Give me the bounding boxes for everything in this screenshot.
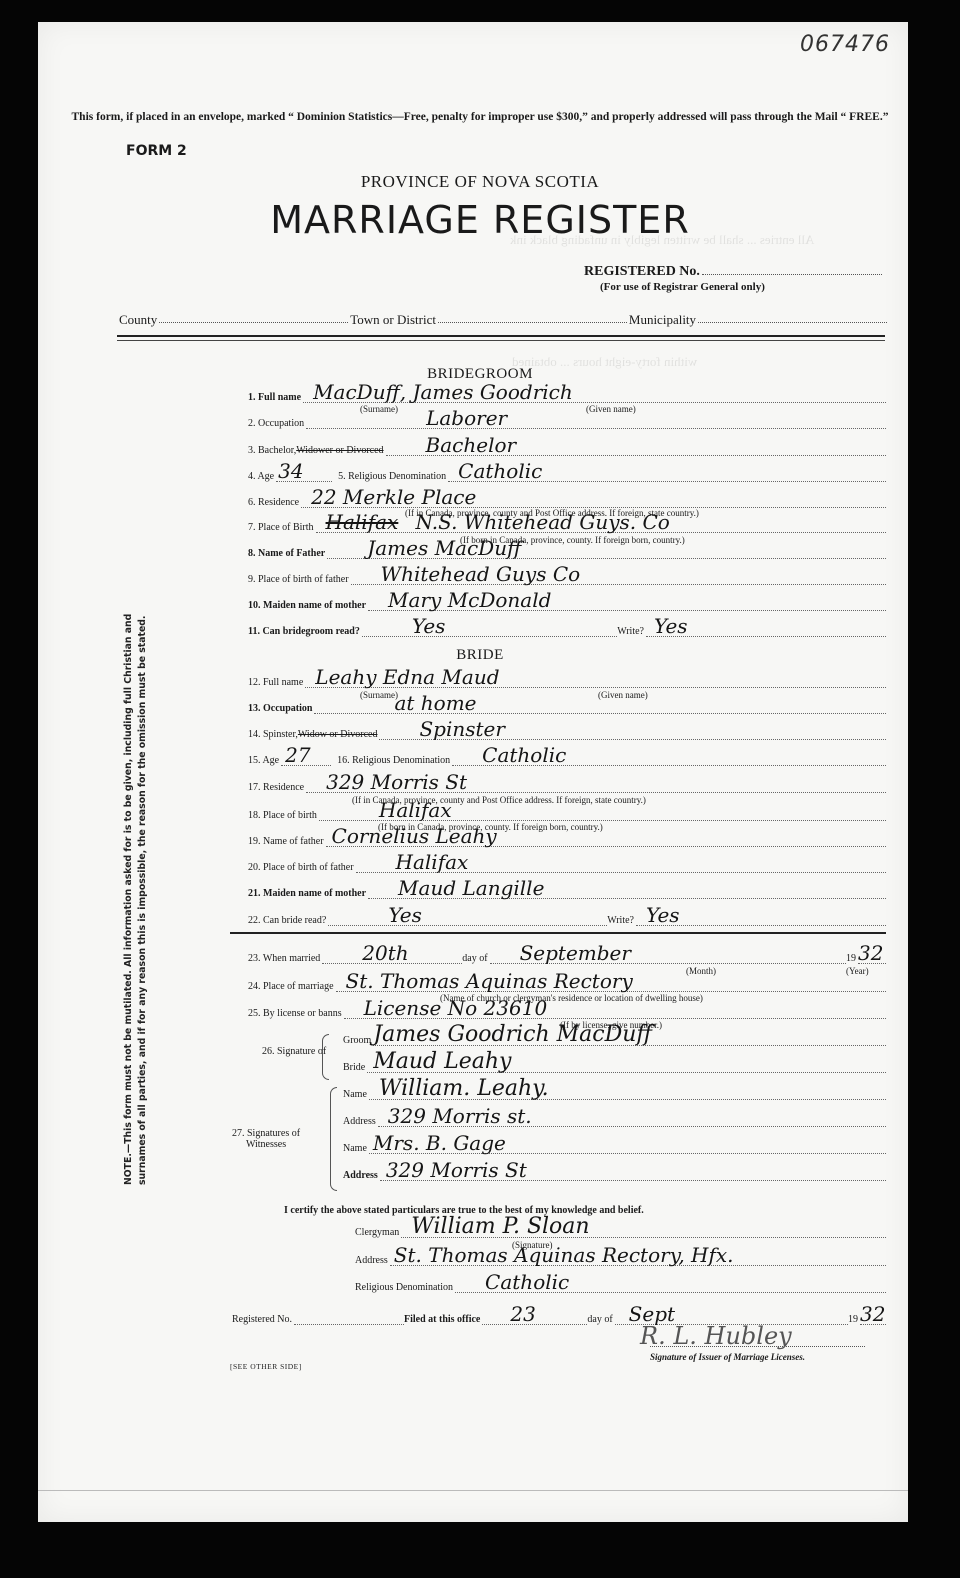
struck-option: Widow or Divorced bbox=[298, 729, 378, 740]
field-value: Catholic bbox=[482, 743, 566, 767]
field-value: 27 bbox=[285, 743, 310, 767]
groom-signature-field[interactable]: James Goodrich MacDuff bbox=[373, 1033, 886, 1046]
town-field[interactable] bbox=[438, 312, 627, 323]
field-label: 1. Full name bbox=[248, 392, 301, 403]
witnesses-label-line2: Witnesses bbox=[232, 1139, 300, 1150]
groom-marital-status-row: 3. Bachelor, Widower or Divorced Bachelo… bbox=[248, 440, 886, 456]
field-value: Catholic bbox=[458, 459, 542, 483]
groom-occupation-row: 2. Occupation Laborer bbox=[248, 413, 886, 429]
witness-2-name-field[interactable]: Mrs. B. Gage bbox=[369, 1141, 886, 1154]
divider bbox=[230, 932, 886, 934]
field-label: Name bbox=[343, 1089, 367, 1100]
town-label: Town or District bbox=[350, 312, 436, 328]
field-label: 7. Place of Birth bbox=[248, 522, 314, 533]
bride-birthplace-row: 18. Place of birth Halifax bbox=[248, 805, 886, 821]
witnesses-label-line1: 27. Signatures of bbox=[232, 1128, 300, 1139]
field-value: 32 bbox=[860, 1302, 885, 1326]
province-heading: PROVINCE OF NOVA SCOTIA bbox=[0, 172, 960, 192]
clergyman-denomination-field[interactable]: Catholic bbox=[455, 1280, 886, 1293]
field-label: 19. Name of father bbox=[248, 836, 324, 847]
marriage-day-field[interactable]: 20th bbox=[322, 951, 462, 964]
license-field[interactable]: License No 23610 bbox=[344, 1006, 886, 1019]
registered-number-field: REGISTERED No. bbox=[584, 264, 884, 280]
municipality-label: Municipality bbox=[629, 312, 696, 328]
witness-1-address-field[interactable]: 329 Morris st. bbox=[378, 1114, 886, 1127]
field-label: Religious Denomination bbox=[355, 1282, 453, 1293]
field-label: Address bbox=[343, 1170, 378, 1181]
field-value: Cornelius Leahy bbox=[332, 824, 497, 848]
field-value: 20th bbox=[362, 941, 408, 965]
field-value: at home bbox=[394, 691, 476, 715]
field-value: Spinster bbox=[419, 717, 504, 741]
field-label: 23. When married bbox=[248, 953, 320, 964]
groom-birthplace-row: 7. Place of Birth Halifax N.S. Whitehead… bbox=[248, 517, 886, 533]
field-label: Registered No. bbox=[232, 1314, 292, 1325]
clergyman-address-row: Address St. Thomas Aquinas Rectory, Hfx. bbox=[355, 1250, 886, 1266]
bride-read-field[interactable]: Yes bbox=[328, 913, 607, 926]
bride-residence-field[interactable]: 329 Morris St bbox=[306, 780, 886, 793]
groom-full-name-field[interactable]: MacDuff, James Goodrich bbox=[303, 390, 886, 403]
filed-day-field[interactable]: 23 bbox=[482, 1312, 587, 1325]
divider bbox=[117, 335, 885, 337]
bride-marital-status-field[interactable]: Spinster bbox=[379, 727, 886, 740]
field-value: William P. Sloan bbox=[411, 1214, 589, 1239]
field-value: 23 bbox=[510, 1302, 535, 1326]
month-hint: (Month) bbox=[686, 966, 716, 976]
field-label: 8. Name of Father bbox=[248, 548, 325, 559]
field-label: Groom bbox=[343, 1035, 371, 1046]
bride-heading: BRIDE bbox=[0, 647, 960, 664]
field-label: 12. Full name bbox=[248, 677, 303, 688]
county-label: County bbox=[119, 312, 157, 328]
year-prefix: 19 bbox=[846, 953, 856, 964]
witness-1-name-field[interactable]: William. Leahy. bbox=[369, 1087, 886, 1100]
field-value: Bachelor bbox=[426, 433, 517, 457]
groom-mother-field[interactable]: Mary McDonald bbox=[368, 598, 886, 611]
bride-literacy-row: 22. Can bride read? Yes Write? Yes bbox=[248, 910, 886, 926]
bride-father-row: 19. Name of father Cornelius Leahy bbox=[248, 831, 886, 847]
bride-father-field[interactable]: Cornelius Leahy bbox=[326, 834, 886, 847]
groom-father-birthplace-row: 9. Place of birth of father Whitehead Gu… bbox=[248, 569, 886, 585]
marriage-month-field[interactable]: September bbox=[490, 951, 846, 964]
field-label: 9. Place of birth of father bbox=[248, 574, 349, 585]
field-label: day of bbox=[587, 1314, 612, 1325]
field-value: Yes bbox=[654, 614, 688, 638]
field-value: St. Thomas Aquinas Rectory bbox=[346, 969, 633, 993]
field-label: 17. Residence bbox=[248, 782, 304, 793]
issuer-signature: R. L. Hubley bbox=[640, 1322, 792, 1350]
signatures-label: 26. Signature of bbox=[262, 1046, 326, 1057]
field-label: 21. Maiden name of mother bbox=[248, 888, 366, 899]
field-label: Name bbox=[343, 1143, 367, 1154]
page-title: MARRIAGE REGISTER bbox=[0, 198, 960, 242]
groom-mother-row: 10. Maiden name of mother Mary McDonald bbox=[248, 595, 886, 611]
field-value: License No 23610 bbox=[364, 996, 548, 1020]
clergyman-row: Clergyman William P. Sloan bbox=[355, 1222, 886, 1238]
field-value: 22 Merkle Place bbox=[311, 485, 476, 509]
field-value: Catholic bbox=[485, 1270, 569, 1294]
bride-occupation-field[interactable]: at home bbox=[314, 701, 886, 714]
field-label: 24. Place of marriage bbox=[248, 981, 334, 992]
issuer-caption: Signature of Issuer of Marriage Licenses… bbox=[650, 1352, 805, 1362]
bride-birthplace-field[interactable]: Halifax bbox=[319, 808, 886, 821]
witness-1-address-row: Address 329 Morris st. bbox=[343, 1111, 886, 1127]
license-row: 25. By license or banns License No 23610 bbox=[248, 1003, 886, 1019]
field-value: James MacDuff bbox=[367, 536, 521, 560]
field-label: 18. Place of birth bbox=[248, 810, 317, 821]
bride-mother-row: 21. Maiden name of mother Maud Langille bbox=[248, 883, 886, 899]
groom-birthplace-field[interactable]: Halifax N.S. Whitehead Guys. Co bbox=[316, 520, 886, 533]
bride-father-birthplace-row: 20. Place of birth of father Halifax bbox=[248, 857, 886, 873]
field-value: N.S. Whitehead Guys. Co bbox=[416, 510, 670, 534]
field-value: St. Thomas Aquinas Rectory, Hfx. bbox=[394, 1243, 734, 1267]
brace bbox=[322, 1034, 329, 1080]
field-value: James Goodrich MacDuff bbox=[373, 1022, 652, 1047]
field-label: 10. Maiden name of mother bbox=[248, 600, 366, 611]
field-value: Yes bbox=[646, 903, 680, 927]
witness-1-name-row: Name William. Leahy. bbox=[343, 1084, 886, 1100]
groom-residence-row: 6. Residence 22 Merkle Place bbox=[248, 492, 886, 508]
witness-2-address-field[interactable]: 329 Morris St bbox=[380, 1168, 886, 1181]
field-label: 22. Can bride read? bbox=[248, 915, 326, 926]
field-value: Halifax bbox=[379, 798, 452, 822]
serial-number: 067476 bbox=[800, 32, 890, 57]
bride-full-name-row: 12. Full name Leahy Edna Maud bbox=[248, 672, 886, 688]
witness-2-address-row: Address 329 Morris St bbox=[343, 1165, 886, 1181]
registered-number-line[interactable] bbox=[702, 264, 882, 275]
groom-father-row: 8. Name of Father James MacDuff bbox=[248, 543, 886, 559]
bride-full-name-field[interactable]: Leahy Edna Maud bbox=[305, 675, 886, 688]
clergyman-address-field[interactable]: St. Thomas Aquinas Rectory, Hfx. bbox=[390, 1253, 886, 1266]
bride-signature-row: Bride Maud Leahy bbox=[343, 1057, 886, 1073]
groom-occupation-field[interactable]: Laborer bbox=[306, 416, 886, 429]
field-label: 3. Bachelor, bbox=[248, 445, 296, 456]
field-label: 11. Can bridegroom read? bbox=[248, 626, 360, 637]
field-value: Mary McDonald bbox=[388, 588, 551, 612]
field-label: 15. Age bbox=[248, 755, 279, 766]
groom-father-birthplace-field[interactable]: Whitehead Guys Co bbox=[351, 572, 886, 585]
place-of-marriage-row: 24. Place of marriage St. Thomas Aquinas… bbox=[248, 976, 886, 992]
struck-value: Halifax bbox=[326, 510, 399, 534]
field-label: 2. Occupation bbox=[248, 418, 304, 429]
field-label: Address bbox=[355, 1255, 388, 1266]
witnesses-label: 27. Signatures of Witnesses bbox=[232, 1128, 300, 1150]
field-label: Address bbox=[343, 1116, 376, 1127]
clergyman-denomination-row: Religious Denomination Catholic bbox=[355, 1277, 886, 1293]
municipality-field[interactable] bbox=[698, 312, 887, 323]
field-value: September bbox=[520, 941, 631, 965]
field-value: MacDuff, James Goodrich bbox=[313, 380, 573, 404]
brace bbox=[330, 1087, 337, 1191]
bride-age-religion-row: 15. Age 27 16. Religious Denomination Ca… bbox=[248, 750, 886, 766]
registered-number-label: REGISTERED No. bbox=[584, 264, 700, 280]
field-label: Write? bbox=[607, 915, 634, 926]
see-other-side-note: [SEE OTHER SIDE] bbox=[230, 1362, 302, 1371]
registered-number-note: (For use of Registrar General only) bbox=[600, 281, 765, 293]
groom-age-field[interactable]: 34 bbox=[276, 469, 332, 482]
bride-mother-field[interactable]: Maud Langille bbox=[368, 886, 886, 899]
groom-write-field[interactable]: Yes bbox=[646, 624, 886, 637]
field-value: Yes bbox=[388, 903, 422, 927]
county-field[interactable] bbox=[159, 312, 348, 323]
field-value: Leahy Edna Maud bbox=[315, 665, 499, 689]
field-value: 329 Morris St bbox=[386, 1158, 527, 1182]
field-label: Bride bbox=[343, 1062, 365, 1073]
field-label: 20. Place of birth of father bbox=[248, 862, 354, 873]
clergyman-signature-field[interactable]: William P. Sloan bbox=[401, 1225, 886, 1238]
bride-age-field[interactable]: 27 bbox=[281, 753, 331, 766]
field-value: 32 bbox=[858, 941, 883, 965]
field-label: 6. Residence bbox=[248, 497, 299, 508]
bride-father-birthplace-field[interactable]: Halifax bbox=[356, 860, 886, 873]
field-value: 329 Morris st. bbox=[388, 1104, 532, 1128]
groom-residence-field[interactable]: 22 Merkle Place bbox=[301, 495, 886, 508]
field-label: Filed at this office bbox=[404, 1314, 480, 1325]
field-label: 4. Age bbox=[248, 471, 274, 482]
field-value: William. Leahy. bbox=[379, 1076, 549, 1101]
field-label: 16. Religious Denomination bbox=[337, 755, 450, 766]
field-value: Maud Leahy bbox=[373, 1049, 511, 1074]
marriage-year-field[interactable]: 32 bbox=[858, 951, 886, 964]
location-row: County Town or District Municipality bbox=[119, 312, 889, 328]
bride-residence-row: 17. Residence 329 Morris St bbox=[248, 777, 886, 793]
groom-father-field[interactable]: James MacDuff bbox=[327, 546, 886, 559]
groom-signature-row: Groom James Goodrich MacDuff bbox=[343, 1030, 886, 1046]
year-hint: (Year) bbox=[846, 966, 869, 976]
field-label: 25. By license or banns bbox=[248, 1008, 342, 1019]
groom-religion-field[interactable]: Catholic bbox=[448, 469, 886, 482]
field-value: Yes bbox=[412, 614, 446, 638]
field-label: 13. Occupation bbox=[248, 703, 312, 714]
field-label: Write? bbox=[617, 626, 644, 637]
when-married-row: 23. When married 20th day of September 1… bbox=[248, 948, 886, 964]
field-label: Clergyman bbox=[355, 1227, 399, 1238]
field-value: 34 bbox=[278, 459, 303, 483]
postal-notice: This form, if placed in an envelope, mar… bbox=[0, 110, 960, 125]
filing-registered-number-field[interactable] bbox=[294, 1312, 404, 1325]
field-value: Maud Langille bbox=[398, 876, 544, 900]
field-label: 14. Spinster, bbox=[248, 729, 298, 740]
field-value: Whitehead Guys Co bbox=[381, 562, 581, 586]
groom-literacy-row: 11. Can bridegroom read? Yes Write? Yes bbox=[248, 621, 886, 637]
groom-full-name-row: 1. Full name MacDuff, James Goodrich bbox=[248, 387, 886, 403]
bride-religion-field[interactable]: Catholic bbox=[452, 753, 886, 766]
field-value: 329 Morris St bbox=[326, 770, 467, 794]
groom-age-religion-row: 4. Age 34 5. Religious Denomination Cath… bbox=[248, 466, 886, 482]
struck-option: Widower or Divorced bbox=[296, 445, 383, 456]
groom-read-field[interactable]: Yes bbox=[362, 624, 617, 637]
filed-year-field[interactable]: 32 bbox=[860, 1312, 886, 1325]
place-of-marriage-field[interactable]: St. Thomas Aquinas Rectory bbox=[336, 979, 886, 992]
year-prefix: 19 bbox=[848, 1314, 858, 1325]
groom-marital-status-field[interactable]: Bachelor bbox=[386, 443, 886, 456]
bride-write-field[interactable]: Yes bbox=[636, 913, 886, 926]
field-label: day of bbox=[462, 953, 487, 964]
witness-2-name-row: Name Mrs. B. Gage bbox=[343, 1138, 886, 1154]
form-number: FORM 2 bbox=[126, 143, 187, 159]
field-value: Laborer bbox=[426, 406, 507, 430]
divider bbox=[117, 340, 885, 341]
field-value: Mrs. B. Gage bbox=[373, 1131, 506, 1155]
field-value: Halifax bbox=[396, 850, 469, 874]
field-label: 5. Religious Denomination bbox=[338, 471, 446, 482]
bride-marital-status-row: 14. Spinster, Widow or Divorced Spinster bbox=[248, 724, 886, 740]
bride-signature-field[interactable]: Maud Leahy bbox=[367, 1060, 886, 1073]
bride-occupation-row: 13. Occupation at home bbox=[248, 698, 886, 714]
page-edge bbox=[38, 1490, 908, 1491]
